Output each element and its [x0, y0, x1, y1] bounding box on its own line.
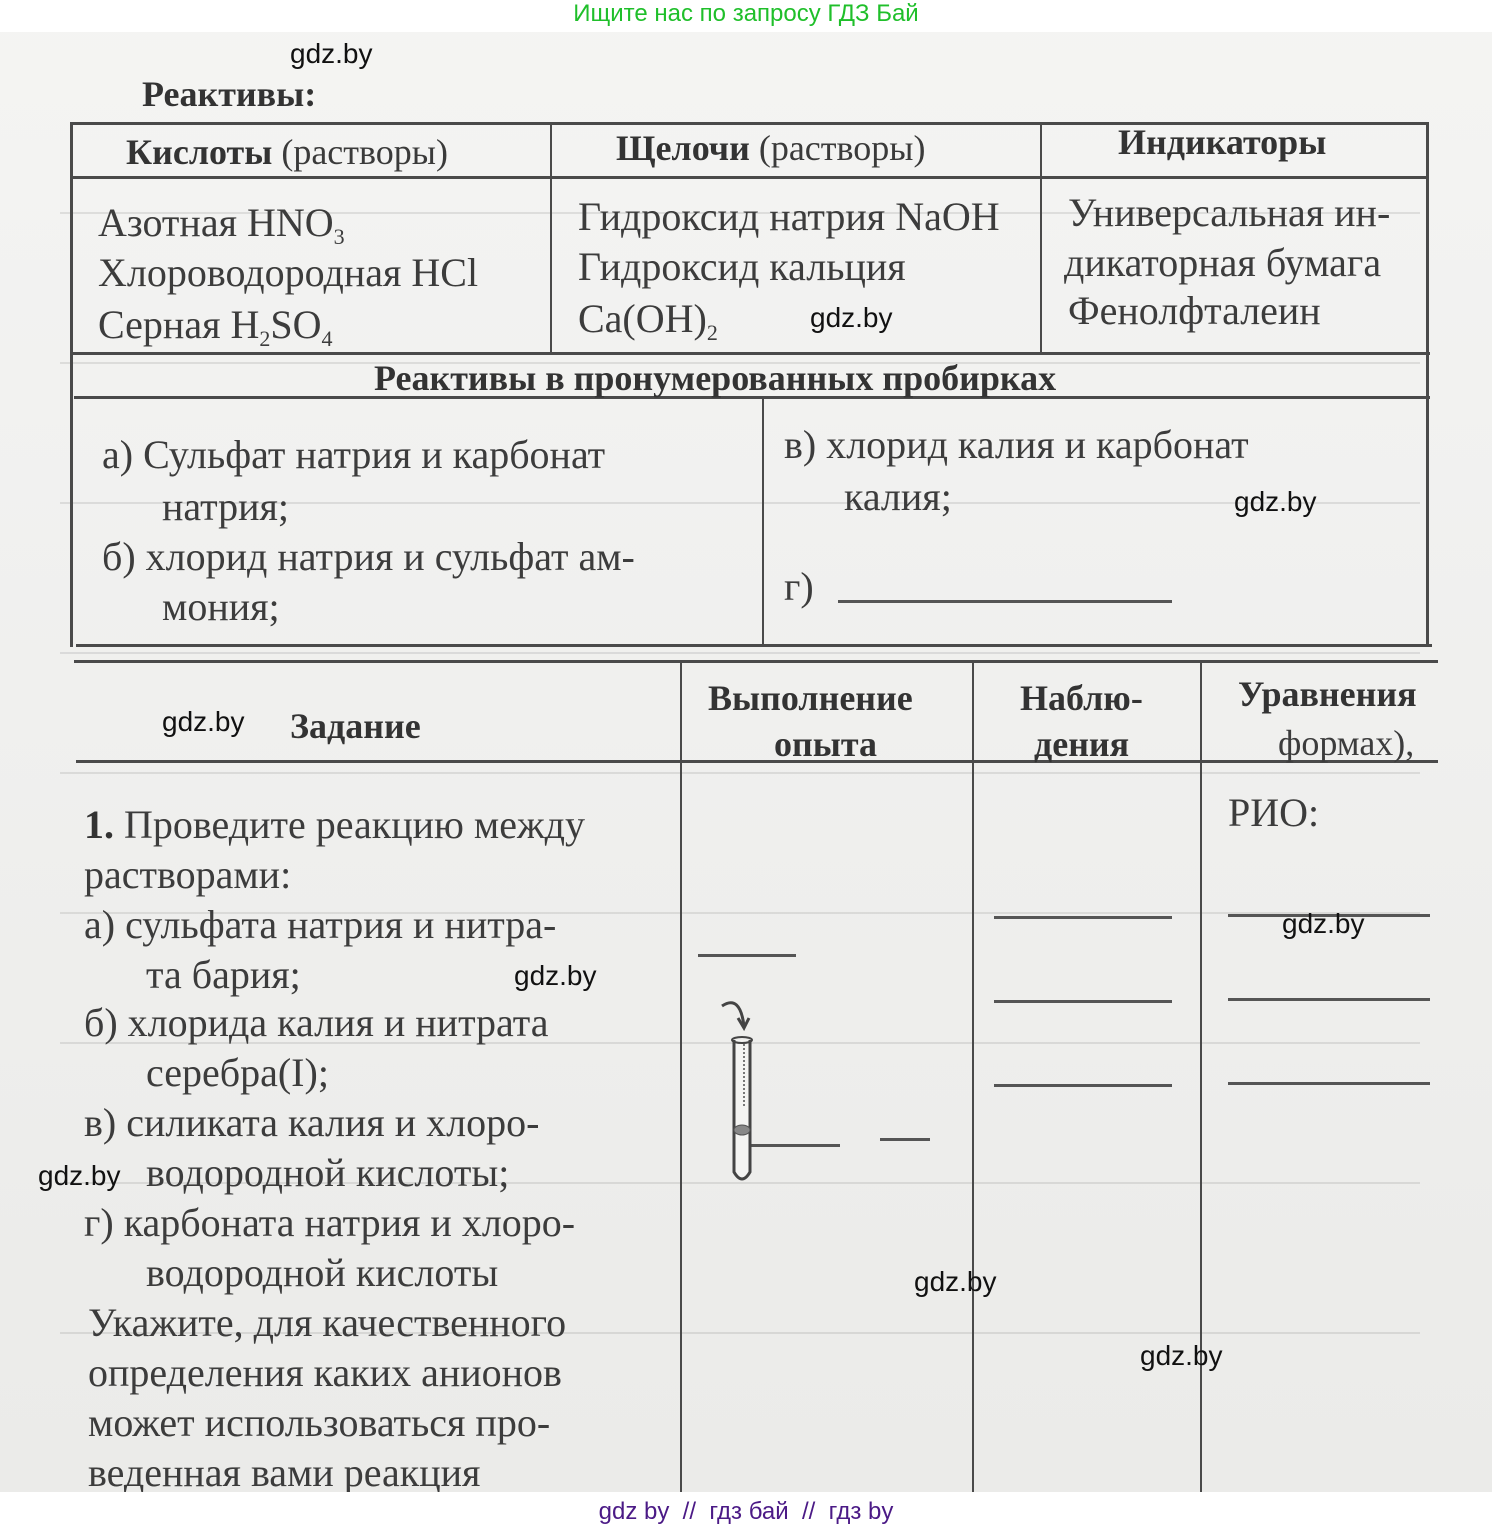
watermark: gdz.by	[1282, 908, 1365, 940]
equations-rio-label: РИО:	[1228, 788, 1319, 838]
top-banner: Ищите нас по запросу ГДЗ Бай	[0, 0, 1492, 32]
equation-answer-blank[interactable]	[1228, 1082, 1430, 1085]
execution-answer-blank[interactable]	[698, 954, 796, 957]
table-border	[1426, 122, 1429, 647]
task-line: та бария;	[146, 950, 301, 1000]
watermark: gdz.by	[290, 38, 373, 70]
header-equations-2: формах),	[1278, 718, 1414, 768]
header-execution-2: опыта	[774, 722, 877, 766]
task-line: водородной кислоты	[146, 1248, 498, 1298]
table-border	[762, 396, 764, 646]
indicators-header: Индикаторы	[1118, 120, 1326, 164]
alkalis-header: Щелочи (растворы)	[616, 126, 925, 170]
tube-g-label: г)	[784, 562, 814, 612]
watermark: gdz.by	[38, 1160, 121, 1192]
header-observations-2: дения	[1034, 722, 1129, 766]
tube-g-answer-blank[interactable]	[838, 600, 1172, 603]
task-line: 1. Проведите реакцию между	[84, 800, 585, 850]
task-question-line: веденная вами реакция	[88, 1448, 480, 1498]
table-border	[680, 662, 682, 1492]
equation-answer-blank[interactable]	[1228, 998, 1430, 1001]
task-line: а) сульфата натрия и нитра-	[84, 900, 556, 950]
bottom-banner: gdz by // гдз бай // гдз by	[0, 1492, 1492, 1532]
task-line: растворами:	[84, 850, 291, 900]
indicator-universal-2: дикаторная бумага	[1064, 238, 1381, 288]
table-border	[74, 660, 1438, 663]
tube-b-line2: мония;	[162, 582, 280, 632]
execution-answer-blank[interactable]	[880, 1138, 930, 1141]
table-border	[550, 122, 552, 354]
tube-a-line2: натрия;	[162, 482, 289, 532]
workbook-page: Реактивы: Кислоты (растворы) Щелочи (рас…	[0, 32, 1492, 1492]
header-task: Задание	[290, 704, 421, 748]
observation-answer-blank[interactable]	[994, 1000, 1172, 1003]
acids-header: Кислоты (растворы)	[126, 130, 448, 174]
task-line: в) силиката калия и хлоро-	[84, 1098, 539, 1148]
watermark: gdz.by	[1140, 1340, 1223, 1372]
acid-sulfuric: Серная H2SO4	[98, 300, 333, 364]
task-line: водородной кислоты;	[146, 1148, 509, 1198]
alkali-caoh-line2: Ca(OH)2	[578, 294, 718, 358]
header-execution-1: Выполнение	[708, 676, 913, 720]
table-border	[70, 176, 1428, 179]
indicator-phenolphthalein: Фенолфталеин	[1068, 286, 1321, 336]
table-border	[76, 644, 1432, 647]
observation-answer-blank[interactable]	[994, 916, 1172, 919]
watermark: gdz.by	[1234, 486, 1317, 518]
table-border	[1040, 122, 1042, 354]
bleed-line	[60, 772, 1420, 774]
task-question-line: может использоваться про-	[88, 1398, 550, 1448]
task-line: серебра(I);	[146, 1048, 329, 1098]
watermark: gdz.by	[914, 1266, 997, 1298]
watermark: gdz.by	[162, 706, 245, 738]
observation-answer-blank[interactable]	[994, 1084, 1172, 1087]
header-observations-1: Наблю-	[1020, 676, 1143, 720]
tubes-title: Реактивы в пронумерованных пробирках	[374, 356, 1056, 400]
header-equations-1: Уравнения	[1238, 672, 1417, 716]
acid-hydrochloric: Хлороводородная HCl	[98, 248, 478, 298]
task-question-line: Укажите, для качественного	[88, 1298, 566, 1348]
bleed-line	[60, 652, 1420, 654]
tube-v-line1: в) хлорид калия и карбонат	[784, 420, 1249, 470]
reagents-title: Реактивы:	[142, 72, 316, 116]
table-border	[972, 662, 974, 1492]
indicator-universal-1: Универсальная ин-	[1068, 188, 1390, 238]
alkali-caoh-line1: Гидроксид кальция	[578, 242, 906, 292]
table-border	[70, 122, 73, 647]
watermark: gdz.by	[810, 302, 893, 334]
watermark: gdz.by	[514, 960, 597, 992]
tube-v-line2: калия;	[844, 472, 952, 522]
tube-a-line1: а) Сульфат натрия и карбонат	[102, 430, 605, 480]
tube-b-line1: б) хлорид натрия и сульфат ам-	[102, 532, 635, 582]
table-border	[76, 760, 1438, 763]
task-line: г) карбоната натрия и хлоро-	[84, 1198, 575, 1248]
task-question-line: определения каких анионов	[88, 1348, 562, 1398]
task-line: б) хлорида калия и нитрата	[84, 998, 548, 1048]
test-tube-icon	[712, 996, 782, 1196]
alkali-naoh: Гидроксид натрия NaOH	[578, 192, 1000, 242]
